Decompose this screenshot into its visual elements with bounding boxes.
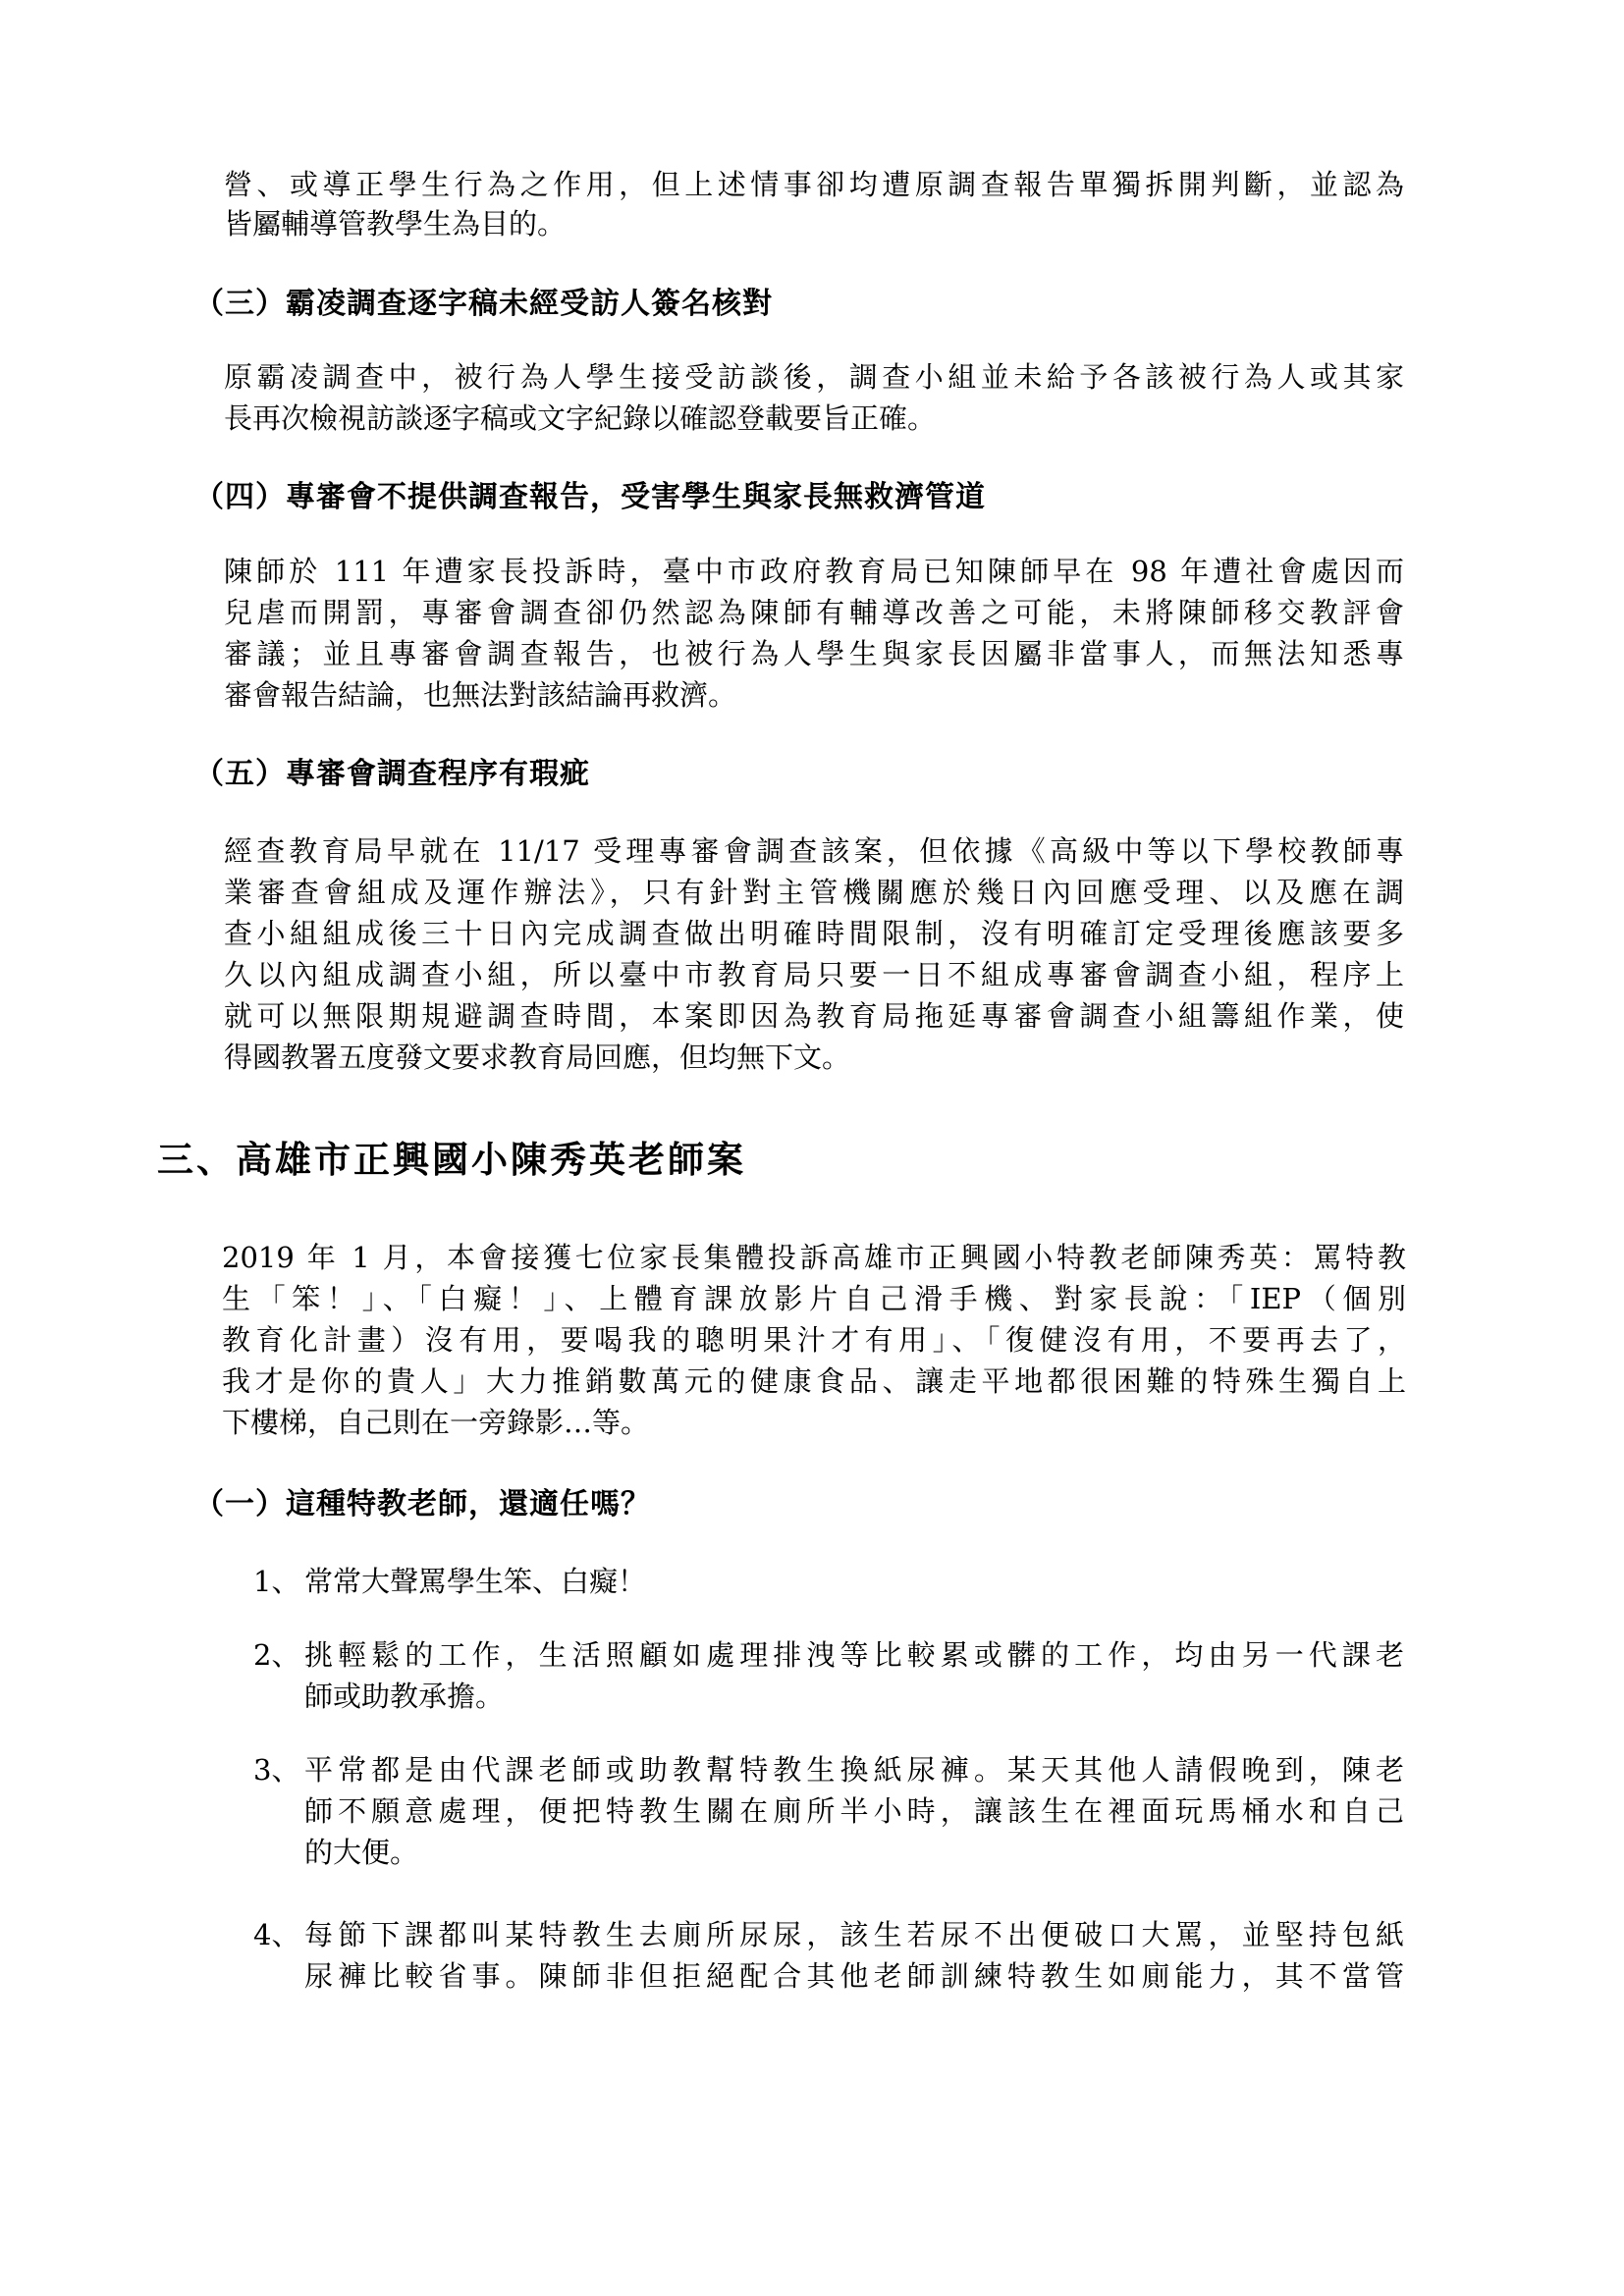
list-item-number: 1、 — [253, 1561, 304, 1602]
paragraph-line: 皆屬輔導管教學生為目的。 — [224, 203, 566, 244]
list-item-2: 2、挑輕鬆的工作，生活照顧如處理排洩等比較累或髒的工作，均由另一代課老 — [253, 1634, 1404, 1676]
paragraph-line: 2019 年 1 月，本會接獲七位家長集體投訴高雄市正興國小特教老師陳秀英：罵特… — [222, 1237, 1406, 1278]
paragraph-line: 久以內組成調查小組，所以臺中市教育局只要一日不組成專審會調查小組，程序上 — [224, 954, 1404, 995]
list-item-number: 2、 — [253, 1634, 304, 1676]
list-item-4: 4、每節下課都叫某特教生去廁所尿尿，該生若尿不出便破口大罵，並堅持包紙 — [253, 1914, 1404, 1955]
subsection-heading-4: （四）專審會不提供調查報告，受害學生與家長無救濟管道 — [194, 477, 986, 518]
paragraph-line: 陳師於 111 年遭家長投訴時，臺中市政府教育局已知陳師早在 98 年遭社會處因… — [224, 551, 1404, 592]
list-item-number: 3、 — [253, 1749, 304, 1790]
section-heading-three: 三、高雄市正興國小陳秀英老師案 — [157, 1135, 746, 1184]
list-item-continuation: 的大便。 — [304, 1832, 418, 1873]
paragraph-line: 長再次檢視訪談逐字稿或文字紀錄以確認登載要旨正確。 — [224, 398, 936, 439]
paragraph-line: 審議；並且專審會調查報告，也被行為人學生與家長因屬非當事人，而無法知悉專 — [224, 633, 1404, 674]
list-item-text: 每節下課都叫某特教生去廁所尿尿，該生若尿不出便破口大罵，並堅持包紙 — [304, 1914, 1404, 1955]
paragraph-line: 原霸凌調查中，被行為人學生接受訪談後，調查小組並未給予各該被行為人或其家 — [224, 356, 1404, 398]
subsection-heading-1: （一）這種特教老師，還適任嗎？ — [194, 1484, 651, 1525]
list-item-continuation: 師不願意處理，便把特教生關在廁所半小時，讓該生在裡面玩馬桶水和自己 — [304, 1790, 1404, 1832]
list-item-continuation: 師或助教承擔。 — [304, 1676, 504, 1717]
paragraph-line: 營、或導正學生行為之作用，但上述情事卻均遭原調查報告單獨拆開判斷，並認為 — [224, 164, 1404, 205]
paragraph-line: 教育化計畫）沒有用，要喝我的聰明果汁才有用」、「復健沒有用，不要再去了， — [222, 1319, 1406, 1361]
list-item-continuation: 尿褲比較省事。陳師非但拒絕配合其他老師訓練特教生如廁能力，其不當管 — [304, 1955, 1404, 1997]
list-item-3: 3、平常都是由代課老師或助教幫特教生換紙尿褲。某天其他人請假晚到，陳老 — [253, 1749, 1404, 1790]
paragraph-line: 得國教署五度發文要求教育局回應，但均無下文。 — [224, 1037, 850, 1078]
paragraph-line: 業審查會組成及運作辦法》，只有針對主管機關應於幾日內回應受理、以及應在調 — [224, 872, 1404, 913]
paragraph-line: 審會報告結論，也無法對該結論再救濟。 — [224, 674, 736, 716]
list-item-1: 1、常常大聲罵學生笨、白癡！ — [253, 1561, 646, 1602]
paragraph-line: 就可以無限期規避調查時間，本案即因為教育局拖延專審會調查小組籌組作業，使 — [224, 995, 1404, 1037]
paragraph-line: 查小組組成後三十日內完成調查做出明確時間限制，沒有明確訂定受理後應該要多 — [224, 913, 1404, 954]
paragraph-line: 兒虐而開罰，專審會調查卻仍然認為陳師有輔導改善之可能，未將陳師移交教評會 — [224, 592, 1404, 633]
paragraph-line: 經查教育局早就在 11/17 受理專審會調查該案，但依據《高級中等以下學校教師專 — [224, 830, 1404, 872]
list-item-text: 常常大聲罵學生笨、白癡！ — [304, 1565, 646, 1598]
paragraph-line: 我才是你的貴人」大力推銷數萬元的健康食品、讓走平地都很困難的特殊生獨自上 — [222, 1361, 1406, 1402]
list-item-text: 平常都是由代課老師或助教幫特教生換紙尿褲。某天其他人請假晚到，陳老 — [304, 1749, 1404, 1790]
list-item-text: 挑輕鬆的工作，生活照顧如處理排洩等比較累或髒的工作，均由另一代課老 — [304, 1634, 1404, 1676]
subsection-heading-5: （五）專審會調查程序有瑕疵 — [194, 754, 590, 795]
paragraph-line: 生「笨！」、「白癡！」、上體育課放影片自己滑手機、對家長說：「IEP（個別 — [222, 1278, 1406, 1319]
document-page: 營、或導正學生行為之作用，但上述情事卻均遭原調查報告單獨拆開判斷，並認為 皆屬輔… — [0, 0, 1624, 2296]
paragraph-line: 下樓梯，自己則在一旁錄影…等。 — [222, 1402, 649, 1443]
subsection-heading-3: （三）霸凌調查逐字稿未經受訪人簽名核對 — [194, 284, 773, 325]
list-item-number: 4、 — [253, 1914, 304, 1955]
